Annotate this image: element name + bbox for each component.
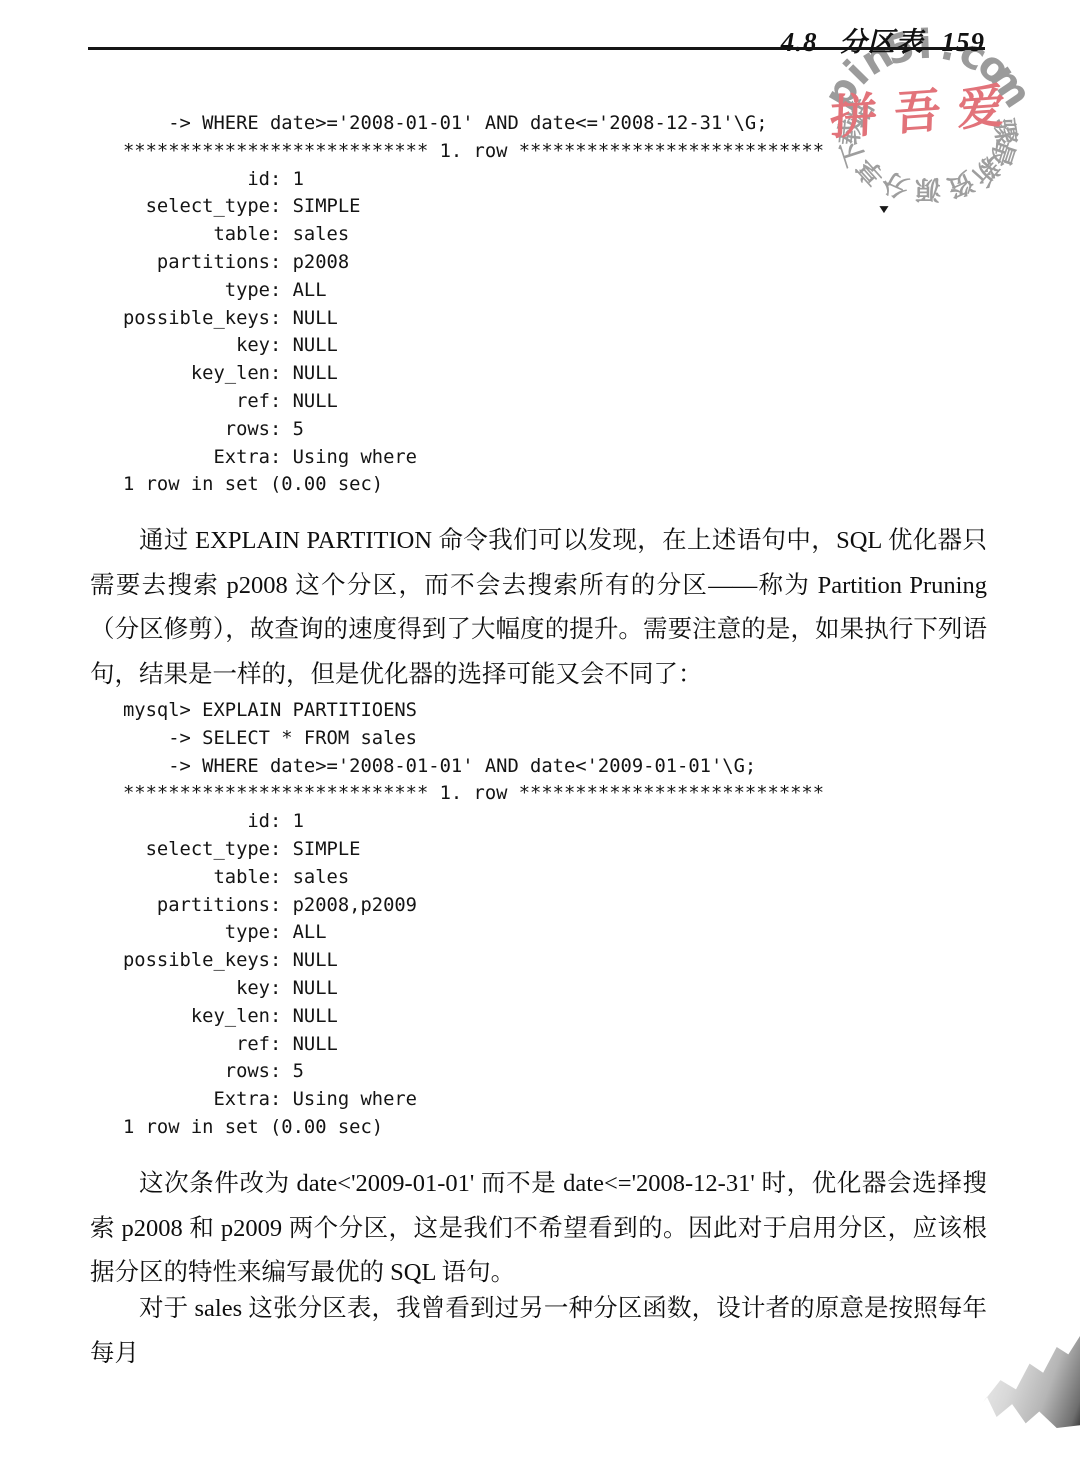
- scan-shadow-corner: [983, 1336, 1080, 1428]
- code-block-explain-1: -> WHERE date>='2008-01-01' AND date<='2…: [123, 110, 824, 499]
- watermark-ring-char: 新: [965, 151, 1010, 195]
- watermark-arc-letter: m: [979, 56, 1040, 116]
- header-rule: [88, 47, 985, 50]
- watermark-ring-char: 资: [941, 164, 980, 208]
- paragraph-2: 这次条件改为 date<'2009-01-01' 而不是 date<='2008…: [90, 1162, 987, 1296]
- page-number: 159: [942, 27, 986, 57]
- section-title: 分区表: [840, 27, 924, 57]
- watermark-arc-letter: p: [815, 68, 869, 116]
- page-header: 4.8分区表159: [781, 20, 985, 59]
- watermark-ring-char: 站: [836, 91, 881, 132]
- watermark-stamp-center-text: 拼吾爱: [829, 68, 1023, 149]
- section-number: 4.8: [781, 27, 818, 57]
- code-block-explain-2: mysql> EXPLAIN PARTITIOENS -> SELECT * F…: [123, 697, 824, 1142]
- paragraph-3: 对于 sales 这张分区表，我曾看到过另一种分区函数，设计者的原意是按照每年每…: [90, 1287, 987, 1376]
- watermark-ring-char: 载: [829, 118, 869, 148]
- ink-mark: ▼: [876, 202, 891, 217]
- watermark-ring-char: 下: [830, 136, 873, 172]
- watermark-ring-char: 源: [915, 173, 941, 210]
- paragraph-1: 通过 EXPLAIN PARTITION 命令我们可以发现，在上述语句中，SQL…: [90, 519, 987, 697]
- watermark-ring-char: 骤: [987, 115, 1027, 146]
- book-page: pin5i.com站载下享分源资新最骤 拼吾爱 4.8分区表159 -> WHE…: [0, 0, 1080, 1478]
- watermark-ring-char: 享: [846, 151, 891, 195]
- watermark-ring-char: 最: [982, 136, 1025, 172]
